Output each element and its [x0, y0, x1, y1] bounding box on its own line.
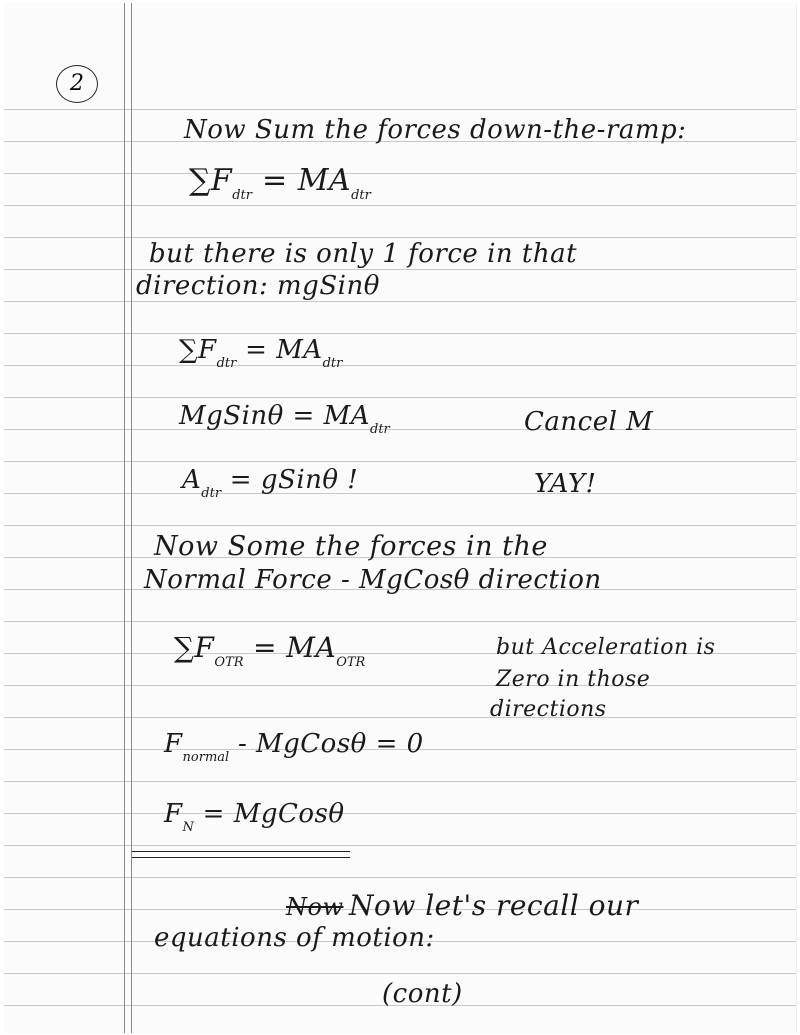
line-recall-equations: Now let's recall our	[349, 889, 638, 922]
continued-marker: (cont)	[382, 979, 463, 1009]
line-normal-direction: Normal Force - MgCosθ direction	[144, 565, 602, 595]
note-acceleration-zero-3: directions	[490, 697, 607, 722]
equation-sum-forces-dtr-2: ∑Fdtr = MAdtr	[179, 335, 342, 371]
equation-sum-forces-otr: ∑FOTR = MAOTR	[174, 631, 365, 670]
note-acceleration-zero-2: Zero in those	[496, 667, 650, 692]
equation-sum-forces-dtr: ∑Fdtr = MAdtr	[189, 163, 371, 203]
margin-line	[124, 3, 125, 1033]
result-double-underline	[132, 851, 350, 858]
struck-word: Now	[286, 893, 344, 921]
equation-acceleration: Adtr = gSinθ !	[182, 465, 358, 501]
line-normal-forces-intro: Now Some the forces in the	[154, 531, 548, 562]
line-only-one-force: but there is only 1 force in that	[149, 239, 577, 269]
equation-normal-force-result: FN = MgCosθ	[164, 799, 345, 835]
equation-normal-balance: Fnormal - MgCosθ = 0	[164, 729, 424, 765]
line-direction: direction: mgSinθ	[136, 271, 380, 301]
line-sum-forces-intro: Now Sum the forces down-the-ramp:	[184, 115, 686, 145]
equation-mgsin: MgSinθ = MAdtr	[179, 401, 390, 437]
note-acceleration-zero-1: but Acceleration is	[496, 635, 715, 660]
note-yay: YAY!	[534, 469, 596, 499]
notebook-page: 2 Now Sum the forces down-the-ramp: ∑Fdt…	[4, 3, 797, 1033]
line-equations-of-motion: equations of motion:	[154, 923, 435, 953]
page-number: 2	[56, 65, 98, 103]
note-cancel-m: Cancel M	[524, 407, 653, 437]
margin-line	[131, 3, 132, 1033]
